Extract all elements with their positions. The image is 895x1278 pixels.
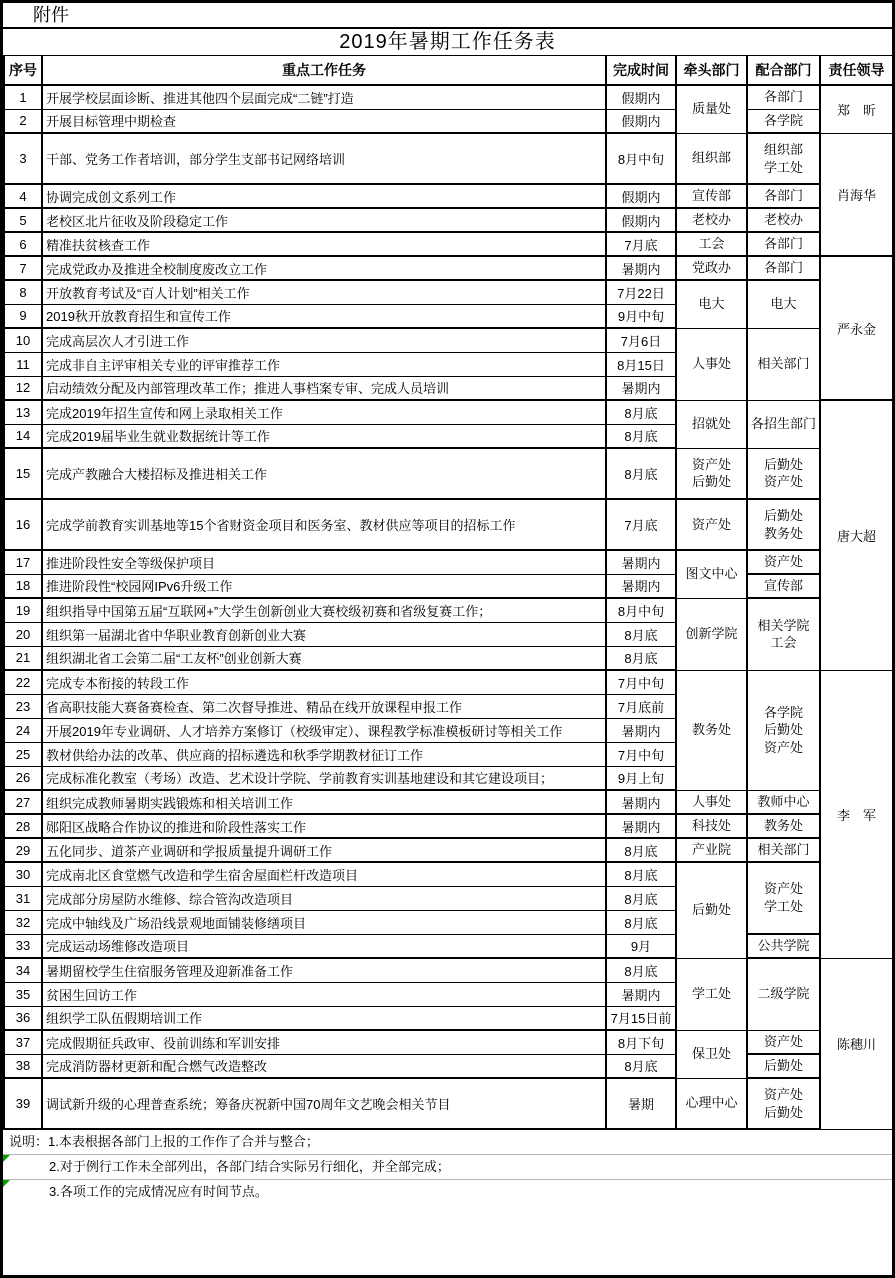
leader-cell: 严永金	[820, 256, 893, 400]
task-cell: 完成消防器材更新和配合燃气改造整改	[42, 1054, 606, 1078]
time-cell: 9月上旬	[606, 766, 676, 790]
time-cell: 8月底	[606, 1054, 676, 1078]
lead-dept-cell: 图文中心	[676, 550, 747, 598]
row-number-cell: 34	[4, 958, 42, 982]
coop-dept-cell: 后勤处 教务处	[747, 499, 820, 550]
task-cell: 干部、党务工作者培训，部分学生支部书记网络培训	[42, 133, 606, 184]
row-number-cell: 38	[4, 1054, 42, 1078]
task-cell: 完成部分房屋防水维修、综合管沟改造项目	[42, 886, 606, 910]
task-cell: 协调完成创文系列工作	[42, 184, 606, 208]
task-table: 序号 重点工作任务 完成时间 牵头部门 配合部门 责任领导 1开展学校层面诊断、…	[3, 55, 894, 1130]
row-number-cell: 6	[4, 232, 42, 256]
task-cell: 完成南北区食堂燃气改造和学生宿舍屋面栏杆改造项目	[42, 862, 606, 886]
time-cell: 暑期	[606, 1078, 676, 1129]
row-number-cell: 17	[4, 550, 42, 574]
row-number-cell: 2	[4, 109, 42, 133]
lead-dept-cell: 创新学院	[676, 598, 747, 670]
leader-cell: 郑 昕	[820, 85, 893, 133]
table-row: 16完成学前教育实训基地等15个省财资金项目和医务室、教材供应等项目的招标工作7…	[4, 499, 893, 550]
coop-dept-cell: 各学院	[747, 109, 820, 133]
coop-dept-cell: 各招生部门	[747, 400, 820, 448]
task-cell: 组织第一届湖北省中华职业教育创新创业大赛	[42, 622, 606, 646]
row-number-cell: 8	[4, 280, 42, 304]
header-cell-time: 完成时间	[606, 56, 676, 86]
coop-dept-cell: 资产处	[747, 550, 820, 574]
time-cell: 7月中旬	[606, 742, 676, 766]
header-cell-task: 重点工作任务	[42, 56, 606, 86]
leader-cell: 肖海华	[820, 133, 893, 256]
row-number-cell: 25	[4, 742, 42, 766]
time-cell: 8月底	[606, 862, 676, 886]
lead-dept-cell: 党政办	[676, 256, 747, 280]
page-title: 2019年暑期工作任务表	[3, 29, 892, 55]
coop-dept-cell: 各部门	[747, 256, 820, 280]
time-cell: 8月底	[606, 622, 676, 646]
coop-dept-cell: 各部门	[747, 232, 820, 256]
coop-dept-cell: 教务处	[747, 814, 820, 838]
lead-dept-cell: 资产处	[676, 499, 747, 550]
task-cell: 完成运动场维修改造项目	[42, 934, 606, 958]
coop-dept-cell: 资产处 后勤处	[747, 1078, 820, 1129]
task-cell: 组织湖北省工会第二届“工友杯”创业创新大赛	[42, 646, 606, 670]
row-number-cell: 16	[4, 499, 42, 550]
row-number-cell: 37	[4, 1030, 42, 1054]
row-number-cell: 12	[4, 376, 42, 400]
worksheet: 附件 2019年暑期工作任务表 序号 重点工作任务 完成时间 牵头部门 配合部门…	[0, 0, 895, 1278]
time-cell: 7月中旬	[606, 670, 676, 694]
table-row: 5老校区北片征收及阶段稳定工作假期内老校办老校办	[4, 208, 893, 232]
lead-dept-cell: 人事处	[676, 328, 747, 400]
time-cell: 8月底	[606, 400, 676, 424]
time-cell: 7月22日	[606, 280, 676, 304]
note-row: 2.对于例行工作未全部列出，各部门结合实际另行细化，并全部完成；	[3, 1154, 892, 1179]
table-row: 22完成专本衔接的转段工作7月中旬教务处各学院 后勤处 资产处李 军	[4, 670, 893, 694]
time-cell: 7月底	[606, 232, 676, 256]
task-cell: 五化同步、道茶产业调研和学报质量提升调研工作	[42, 838, 606, 862]
task-cell: 开展2019年专业调研、人才培养方案修订（校级审定）、课程教学标准模板研讨等相关…	[42, 718, 606, 742]
table-row: 1开展学校层面诊断、推进其他四个层面完成“二链”打造假期内质量处各部门郑 昕	[4, 85, 893, 109]
task-cell: 完成高层次人才引进工作	[42, 328, 606, 352]
task-cell: 完成2019年招生宣传和网上录取相关工作	[42, 400, 606, 424]
row-number-cell: 30	[4, 862, 42, 886]
coop-dept-cell: 后勤处	[747, 1054, 820, 1078]
task-cell: 完成标准化教室（考场）改造、艺术设计学院、学前教育实训基地建设和其它建设项目；	[42, 766, 606, 790]
row-number-cell: 24	[4, 718, 42, 742]
task-cell: 推进阶段性安全等级保护项目	[42, 550, 606, 574]
header-cell-coop: 配合部门	[747, 56, 820, 86]
row-number-cell: 5	[4, 208, 42, 232]
row-number-cell: 10	[4, 328, 42, 352]
lead-dept-cell: 老校办	[676, 208, 747, 232]
lead-dept-cell: 后勤处	[676, 862, 747, 958]
row-number-cell: 7	[4, 256, 42, 280]
time-cell: 8月底	[606, 910, 676, 934]
coop-dept-cell: 组织部 学工处	[747, 133, 820, 184]
table-row: 3干部、党务工作者培训，部分学生支部书记网络培训8月中旬组织部组织部 学工处肖海…	[4, 133, 893, 184]
time-cell: 暑期内	[606, 790, 676, 814]
row-number-cell: 13	[4, 400, 42, 424]
row-number-cell: 9	[4, 304, 42, 328]
row-number-cell: 19	[4, 598, 42, 622]
table-header: 序号 重点工作任务 完成时间 牵头部门 配合部门 责任领导	[4, 56, 893, 86]
row-number-cell: 36	[4, 1006, 42, 1030]
task-cell: 精准扶贫核查工作	[42, 232, 606, 256]
table-row: 13完成2019年招生宣传和网上录取相关工作8月底招就处各招生部门唐大超	[4, 400, 893, 424]
note-row: 3.各项工作的完成情况应有时间节点。	[3, 1179, 892, 1204]
lead-dept-cell: 科技处	[676, 814, 747, 838]
task-cell: 启动绩效分配及内部管理改革工作；推进人事档案专审、完成人员培训	[42, 376, 606, 400]
task-cell: 完成2019届毕业生就业数据统计等工作	[42, 424, 606, 448]
attachment-label: 附件	[3, 3, 892, 29]
task-cell: 完成学前教育实训基地等15个省财资金项目和医务室、教材供应等项目的招标工作	[42, 499, 606, 550]
coop-dept-cell: 公共学院	[747, 934, 820, 958]
leader-cell: 陈穗川	[820, 958, 893, 1129]
time-cell: 8月15日	[606, 352, 676, 376]
note-text: 2.对于例行工作未全部列出，各部门结合实际另行细化，并全部完成；	[9, 1155, 450, 1179]
task-cell: 2019秋开放教育招生和宣传工作	[42, 304, 606, 328]
note-row: 说明：1.本表根据各部门上报的工作作了合并与整合；	[3, 1130, 892, 1154]
lead-dept-cell: 工会	[676, 232, 747, 256]
coop-dept-cell: 各部门	[747, 184, 820, 208]
time-cell: 暑期内	[606, 256, 676, 280]
time-cell: 7月底前	[606, 694, 676, 718]
coop-dept-cell: 资产处 学工处	[747, 862, 820, 934]
row-number-cell: 28	[4, 814, 42, 838]
table-row: 7完成党政办及推进全校制度废改立工作暑期内党政办各部门严永金	[4, 256, 893, 280]
table-row: 18推进阶段性“校园网IPv6升级工作暑期内宣传部	[4, 574, 893, 598]
coop-dept-cell: 电大	[747, 280, 820, 328]
task-cell: 开展目标管理中期检查	[42, 109, 606, 133]
table-row: 27组织完成教师暑期实践锻炼和相关培训工作暑期内人事处教师中心	[4, 790, 893, 814]
task-cell: 教材供给办法的改革、供应商的招标遴选和秋季学期教材征订工作	[42, 742, 606, 766]
task-cell: 完成非自主评审相关专业的评审推荐工作	[42, 352, 606, 376]
task-cell: 完成中轴线及广场沿线景观地面铺装修缮项目	[42, 910, 606, 934]
lead-dept-cell: 招就处	[676, 400, 747, 448]
table-row: 2开展目标管理中期检查假期内各学院	[4, 109, 893, 133]
row-number-cell: 39	[4, 1078, 42, 1129]
row-number-cell: 1	[4, 85, 42, 109]
table-row: 10完成高层次人才引进工作7月6日人事处相关部门	[4, 328, 893, 352]
table-row: 19组织指导中国第五届“互联网+”大学生创新创业大赛校级初赛和省级复赛工作；8月…	[4, 598, 893, 622]
task-cell: 组织学工队伍假期培训工作	[42, 1006, 606, 1030]
lead-dept-cell: 保卫处	[676, 1030, 747, 1078]
task-cell: 推进阶段性“校园网IPv6升级工作	[42, 574, 606, 598]
time-cell: 8月底	[606, 448, 676, 499]
row-number-cell: 33	[4, 934, 42, 958]
lead-dept-cell: 教务处	[676, 670, 747, 790]
task-table-body: 1开展学校层面诊断、推进其他四个层面完成“二链”打造假期内质量处各部门郑 昕2开…	[4, 85, 893, 1129]
time-cell: 8月底	[606, 424, 676, 448]
table-row: 39调试新升级的心理普查系统；筹备庆祝新中国70周年文艺晚会相关节目暑期心理中心…	[4, 1078, 893, 1129]
time-cell: 暑期内	[606, 574, 676, 598]
coop-dept-cell: 教师中心	[747, 790, 820, 814]
coop-dept-cell: 资产处	[747, 1030, 820, 1054]
task-cell: 暑期留校学生住宿服务管理及迎新准备工作	[42, 958, 606, 982]
row-number-cell: 15	[4, 448, 42, 499]
lead-dept-cell: 资产处 后勤处	[676, 448, 747, 499]
notes-section: 说明：1.本表根据各部门上报的工作作了合并与整合； 2.对于例行工作未全部列出，…	[3, 1130, 892, 1204]
time-cell: 8月底	[606, 886, 676, 910]
comment-indicator-triangle	[3, 1155, 10, 1162]
row-number-cell: 32	[4, 910, 42, 934]
time-cell: 暑期内	[606, 376, 676, 400]
row-number-cell: 29	[4, 838, 42, 862]
task-cell: 开放教育考试及“百人计划”相关工作	[42, 280, 606, 304]
lead-dept-cell: 产业院	[676, 838, 747, 862]
lead-dept-cell: 学工处	[676, 958, 747, 1030]
task-cell: 完成党政办及推进全校制度废改立工作	[42, 256, 606, 280]
table-row: 4协调完成创文系列工作假期内宣传部各部门	[4, 184, 893, 208]
time-cell: 7月15日前	[606, 1006, 676, 1030]
row-number-cell: 35	[4, 982, 42, 1006]
lead-dept-cell: 电大	[676, 280, 747, 328]
table-row: 6精准扶贫核查工作7月底工会各部门	[4, 232, 893, 256]
coop-dept-cell: 二级学院	[747, 958, 820, 1030]
coop-dept-cell: 相关学院 工会	[747, 598, 820, 670]
note-text: 1.本表根据各部门上报的工作作了合并与整合；	[48, 1134, 319, 1149]
row-number-cell: 26	[4, 766, 42, 790]
notes-label: 说明：	[9, 1134, 48, 1149]
coop-dept-cell: 后勤处 资产处	[747, 448, 820, 499]
coop-dept-cell: 各学院 后勤处 资产处	[747, 670, 820, 790]
header-cell-no: 序号	[4, 56, 42, 86]
task-cell: 组织完成教师暑期实践锻炼和相关培训工作	[42, 790, 606, 814]
row-number-cell: 23	[4, 694, 42, 718]
coop-dept-cell: 宣传部	[747, 574, 820, 598]
table-row: 33完成运动场维修改造项目9月公共学院	[4, 934, 893, 958]
row-number-cell: 3	[4, 133, 42, 184]
task-cell: 完成产教融合大楼招标及推进相关工作	[42, 448, 606, 499]
time-cell: 假期内	[606, 208, 676, 232]
time-cell: 暑期内	[606, 814, 676, 838]
comment-indicator-triangle	[3, 1180, 10, 1187]
time-cell: 8月底	[606, 646, 676, 670]
row-number-cell: 18	[4, 574, 42, 598]
header-cell-leader: 责任领导	[820, 56, 893, 86]
lead-dept-cell: 宣传部	[676, 184, 747, 208]
lead-dept-cell: 组织部	[676, 133, 747, 184]
time-cell: 假期内	[606, 85, 676, 109]
task-cell: 老校区北片征收及阶段稳定工作	[42, 208, 606, 232]
task-cell: 完成假期征兵政审、役前训练和军训安排	[42, 1030, 606, 1054]
table-row: 38完成消防器材更新和配合燃气改造整改8月底后勤处	[4, 1054, 893, 1078]
task-cell: 省高职技能大赛备赛检查、第二次督导推进、精品在线开放课程申报工作	[42, 694, 606, 718]
coop-dept-cell: 相关部门	[747, 328, 820, 400]
note-text: 3.各项工作的完成情况应有时间节点。	[9, 1180, 268, 1204]
lead-dept-cell: 人事处	[676, 790, 747, 814]
time-cell: 7月底	[606, 499, 676, 550]
table-row: 30完成南北区食堂燃气改造和学生宿舍屋面栏杆改造项目8月底后勤处资产处 学工处	[4, 862, 893, 886]
task-cell: 完成专本衔接的转段工作	[42, 670, 606, 694]
row-number-cell: 4	[4, 184, 42, 208]
time-cell: 假期内	[606, 109, 676, 133]
coop-dept-cell: 老校办	[747, 208, 820, 232]
task-cell: 组织指导中国第五届“互联网+”大学生创新创业大赛校级初赛和省级复赛工作；	[42, 598, 606, 622]
time-cell: 8月底	[606, 958, 676, 982]
table-row: 8开放教育考试及“百人计划”相关工作7月22日电大电大	[4, 280, 893, 304]
coop-dept-cell: 各部门	[747, 85, 820, 109]
time-cell: 8月中旬	[606, 133, 676, 184]
lead-dept-cell: 心理中心	[676, 1078, 747, 1129]
time-cell: 暑期内	[606, 982, 676, 1006]
row-number-cell: 27	[4, 790, 42, 814]
table-row: 28郧阳区战略合作协议的推进和阶段性落实工作暑期内科技处教务处	[4, 814, 893, 838]
time-cell: 8月中旬	[606, 598, 676, 622]
header-row: 序号 重点工作任务 完成时间 牵头部门 配合部门 责任领导	[4, 56, 893, 86]
table-row: 15完成产教融合大楼招标及推进相关工作8月底资产处 后勤处后勤处 资产处	[4, 448, 893, 499]
task-cell: 郧阳区战略合作协议的推进和阶段性落实工作	[42, 814, 606, 838]
header-cell-lead: 牵头部门	[676, 56, 747, 86]
table-row: 34暑期留校学生住宿服务管理及迎新准备工作8月底学工处二级学院陈穗川	[4, 958, 893, 982]
row-number-cell: 20	[4, 622, 42, 646]
task-cell: 调试新升级的心理普查系统；筹备庆祝新中国70周年文艺晚会相关节目	[42, 1078, 606, 1129]
leader-cell: 唐大超	[820, 400, 893, 670]
row-number-cell: 31	[4, 886, 42, 910]
time-cell: 9月中旬	[606, 304, 676, 328]
coop-dept-cell: 相关部门	[747, 838, 820, 862]
time-cell: 暑期内	[606, 718, 676, 742]
table-row: 37完成假期征兵政审、役前训练和军训安排8月下旬保卫处资产处	[4, 1030, 893, 1054]
leader-cell: 李 军	[820, 670, 893, 958]
task-cell: 开展学校层面诊断、推进其他四个层面完成“二链”打造	[42, 85, 606, 109]
task-cell: 贫困生回访工作	[42, 982, 606, 1006]
row-number-cell: 14	[4, 424, 42, 448]
table-row: 17推进阶段性安全等级保护项目暑期内图文中心资产处	[4, 550, 893, 574]
time-cell: 7月6日	[606, 328, 676, 352]
row-number-cell: 21	[4, 646, 42, 670]
row-number-cell: 11	[4, 352, 42, 376]
time-cell: 暑期内	[606, 550, 676, 574]
time-cell: 9月	[606, 934, 676, 958]
time-cell: 8月底	[606, 838, 676, 862]
time-cell: 8月下旬	[606, 1030, 676, 1054]
table-row: 29五化同步、道茶产业调研和学报质量提升调研工作8月底产业院相关部门	[4, 838, 893, 862]
lead-dept-cell: 质量处	[676, 85, 747, 133]
time-cell: 假期内	[606, 184, 676, 208]
row-number-cell: 22	[4, 670, 42, 694]
